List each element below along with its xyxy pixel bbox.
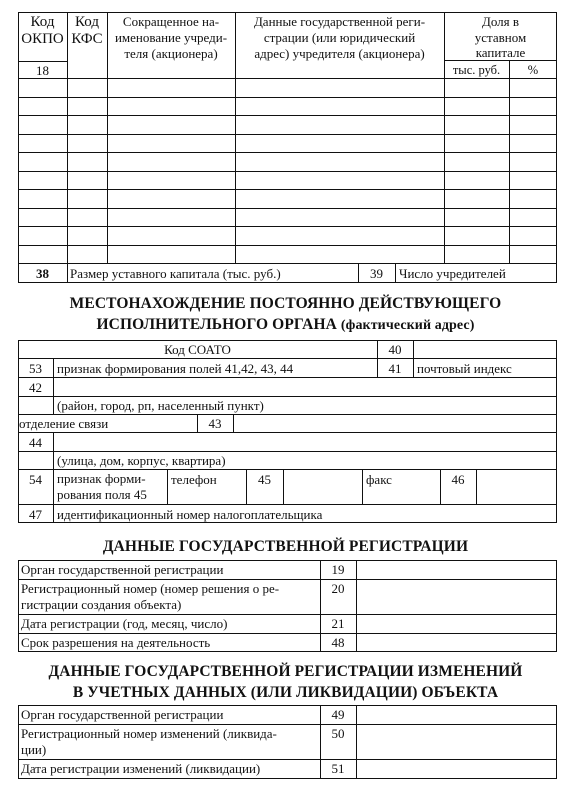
table-cell[interactable] — [21, 210, 64, 225]
fax-label: факс — [366, 472, 392, 487]
divider — [362, 469, 363, 504]
row-label: Орган государственной регистрации — [21, 707, 223, 723]
table-cell[interactable] — [21, 154, 64, 169]
table-cell[interactable] — [447, 117, 506, 132]
flag-label: признак формирования полей 41,42, 43, 44 — [57, 361, 293, 376]
divider — [18, 78, 557, 79]
row-code: 19 — [320, 562, 356, 577]
table-cell[interactable] — [447, 228, 506, 243]
locality-hint: (район, город, рп, населенный пункт) — [57, 398, 264, 413]
address-section-title-line2: ИСПОЛНИТЕЛЬНОГО ОРГАНА (фактический адре… — [0, 314, 571, 336]
table-cell[interactable] — [238, 154, 441, 169]
divider — [18, 115, 557, 116]
table-cell[interactable] — [512, 154, 554, 169]
table-cell[interactable] — [238, 247, 441, 262]
divider — [18, 245, 557, 246]
address-title-main: ИСПОЛНИТЕЛЬНОГО ОРГАНА — [97, 316, 337, 333]
row-value-field[interactable] — [357, 561, 556, 578]
flag-code: 53 — [18, 361, 53, 376]
table-cell[interactable] — [512, 173, 554, 188]
divider — [18, 171, 557, 172]
table-cell[interactable] — [70, 117, 104, 132]
post-office-code: 43 — [197, 416, 233, 431]
capital-value-field[interactable] — [305, 264, 357, 282]
row-value-field[interactable] — [357, 706, 556, 723]
divider — [18, 504, 557, 505]
soato-code: 40 — [377, 342, 413, 357]
row-value-field[interactable] — [357, 580, 556, 613]
okpo-field-code: 18 — [18, 63, 67, 78]
locality-code: 42 — [18, 380, 53, 395]
street-value-field[interactable] — [54, 433, 556, 450]
row-label: Дата регистрации (год, месяц, число) — [21, 616, 227, 632]
post-office-label: отделение связи — [19, 416, 108, 431]
table-cell[interactable] — [238, 228, 441, 243]
table-cell[interactable] — [512, 247, 554, 262]
capital-code: 38 — [18, 266, 67, 281]
row-code: 50 — [320, 726, 356, 741]
table-cell[interactable] — [512, 136, 554, 151]
fax-value-field[interactable] — [477, 470, 556, 503]
table-cell[interactable] — [238, 191, 441, 206]
table-cell[interactable] — [238, 136, 441, 151]
header-share-pct: % — [509, 63, 557, 78]
table-cell[interactable] — [70, 173, 104, 188]
table-cell[interactable] — [21, 191, 64, 206]
table-cell[interactable] — [70, 247, 104, 262]
table-cell[interactable] — [238, 99, 441, 114]
header-registration: Данные государственной реги- страции (ил… — [235, 14, 444, 62]
founders-count-label: Число учредителей — [399, 266, 506, 281]
row-value-field[interactable] — [357, 615, 556, 632]
table-cell[interactable] — [110, 210, 232, 225]
divider — [67, 12, 68, 283]
inn-code: 47 — [18, 507, 53, 522]
divider — [18, 61, 67, 62]
divider — [18, 152, 557, 153]
divider — [18, 189, 557, 190]
divider — [18, 134, 557, 135]
table-cell[interactable] — [238, 173, 441, 188]
table-cell[interactable] — [21, 247, 64, 262]
table-cell[interactable] — [110, 228, 232, 243]
table-cell[interactable] — [21, 228, 64, 243]
row-label: Регистрационный номер изменений (ликвида… — [21, 726, 277, 758]
table-cell[interactable] — [447, 191, 506, 206]
table-cell[interactable] — [110, 173, 232, 188]
table-cell[interactable] — [512, 80, 554, 95]
table-cell[interactable] — [447, 210, 506, 225]
table-cell[interactable] — [110, 117, 232, 132]
table-cell[interactable] — [70, 210, 104, 225]
table-cell[interactable] — [70, 99, 104, 114]
divider — [18, 358, 557, 359]
inn-label: идентификационный номер налогоплательщик… — [57, 507, 322, 522]
table-cell[interactable] — [110, 136, 232, 151]
table-cell[interactable] — [512, 117, 554, 132]
postal-code-label: почтовый индекс — [417, 361, 512, 376]
header-share-rub: тыс. руб. — [444, 63, 509, 78]
table-cell[interactable] — [512, 210, 554, 225]
table-cell[interactable] — [21, 173, 64, 188]
table-cell[interactable] — [110, 80, 232, 95]
table-cell[interactable] — [21, 80, 64, 95]
table-cell[interactable] — [21, 99, 64, 114]
table-cell[interactable] — [70, 191, 104, 206]
row-code: 49 — [320, 707, 356, 722]
phone-code: 45 — [246, 472, 283, 487]
table-cell[interactable] — [70, 80, 104, 95]
row-value-field[interactable] — [357, 725, 556, 758]
divider — [18, 208, 557, 209]
changes-registration-title-line1: ДАННЫЕ ГОСУДАРСТВЕННОЙ РЕГИСТРАЦИИ ИЗМЕН… — [0, 661, 571, 682]
table-cell[interactable] — [512, 228, 554, 243]
table-cell[interactable] — [70, 154, 104, 169]
divider — [167, 469, 168, 504]
divider — [509, 60, 510, 263]
table-cell[interactable] — [447, 154, 506, 169]
row-code: 20 — [320, 581, 356, 596]
header-kfs: Код КФС — [67, 14, 107, 48]
row-code: 51 — [320, 761, 356, 776]
header-share: Доля в уставном капитале — [444, 14, 557, 61]
divider — [18, 226, 557, 227]
divider — [18, 396, 557, 397]
table-cell[interactable] — [70, 136, 104, 151]
table-cell[interactable] — [512, 191, 554, 206]
table-cell[interactable] — [447, 80, 506, 95]
locality-value-field[interactable] — [54, 378, 556, 395]
fax-code: 46 — [440, 472, 476, 487]
row-code: 48 — [320, 635, 356, 650]
table-cell[interactable] — [238, 80, 441, 95]
soato-label: Код СОАТО — [18, 342, 377, 357]
table-cell[interactable] — [21, 136, 64, 151]
table-cell[interactable] — [447, 136, 506, 151]
row-label: Срок разрешения на деятельность — [21, 635, 210, 651]
divider — [395, 263, 396, 283]
table-cell[interactable] — [447, 247, 506, 262]
row-label: Регистрационный номер (номер решения о р… — [21, 581, 279, 613]
header-short-name: Сокращенное на- именование учреди- теля … — [107, 14, 235, 62]
changes-registration-title-line2: В УЧЕТНЫХ ДАННЫХ (ИЛИ ЛИКВИДАЦИИ) ОБЪЕКТ… — [0, 682, 571, 703]
row-value-field[interactable] — [357, 760, 556, 777]
row-value-field[interactable] — [357, 634, 556, 650]
table-cell[interactable] — [110, 154, 232, 169]
table-cell[interactable] — [70, 228, 104, 243]
table-cell[interactable] — [447, 99, 506, 114]
soato-value-field[interactable] — [414, 341, 556, 358]
row-code: 21 — [320, 616, 356, 631]
phone-flag-label: признак форми- рования поля 45 — [57, 471, 147, 503]
table-cell[interactable] — [238, 210, 441, 225]
table-cell[interactable] — [21, 117, 64, 132]
table-cell[interactable] — [110, 247, 232, 262]
postal-code-code: 41 — [377, 361, 413, 376]
phone-label: телефон — [171, 472, 217, 487]
street-code: 44 — [18, 435, 53, 450]
table-cell[interactable] — [447, 173, 506, 188]
phone-value-field[interactable] — [284, 470, 361, 503]
header-okpo: Код ОКПО — [18, 14, 67, 48]
address-title-note: (фактический адрес) — [341, 318, 475, 333]
address-section-title-line1: МЕСТОНАХОЖДЕНИЕ ПОСТОЯННО ДЕЙСТВУЮЩЕГО — [0, 293, 571, 314]
table-cell[interactable] — [512, 99, 554, 114]
row-label: Дата регистрации изменений (ликвидации) — [21, 761, 260, 777]
capital-label: Размер уставного капитала (тыс. руб.) — [70, 266, 281, 281]
phone-flag-code: 54 — [18, 472, 53, 487]
table-cell[interactable] — [110, 191, 232, 206]
founders-count-code: 39 — [358, 266, 395, 281]
post-office-value-field[interactable] — [234, 415, 556, 432]
divider — [18, 263, 557, 264]
street-hint: (улица, дом, корпус, квартира) — [57, 453, 226, 468]
row-label: Орган государственной регистрации — [21, 562, 223, 578]
state-registration-title: ДАННЫЕ ГОСУДАРСТВЕННОЙ РЕГИСТРАЦИИ — [0, 536, 571, 557]
table-cell[interactable] — [238, 117, 441, 132]
divider — [18, 451, 557, 452]
divider — [18, 97, 557, 98]
table-cell[interactable] — [110, 99, 232, 114]
